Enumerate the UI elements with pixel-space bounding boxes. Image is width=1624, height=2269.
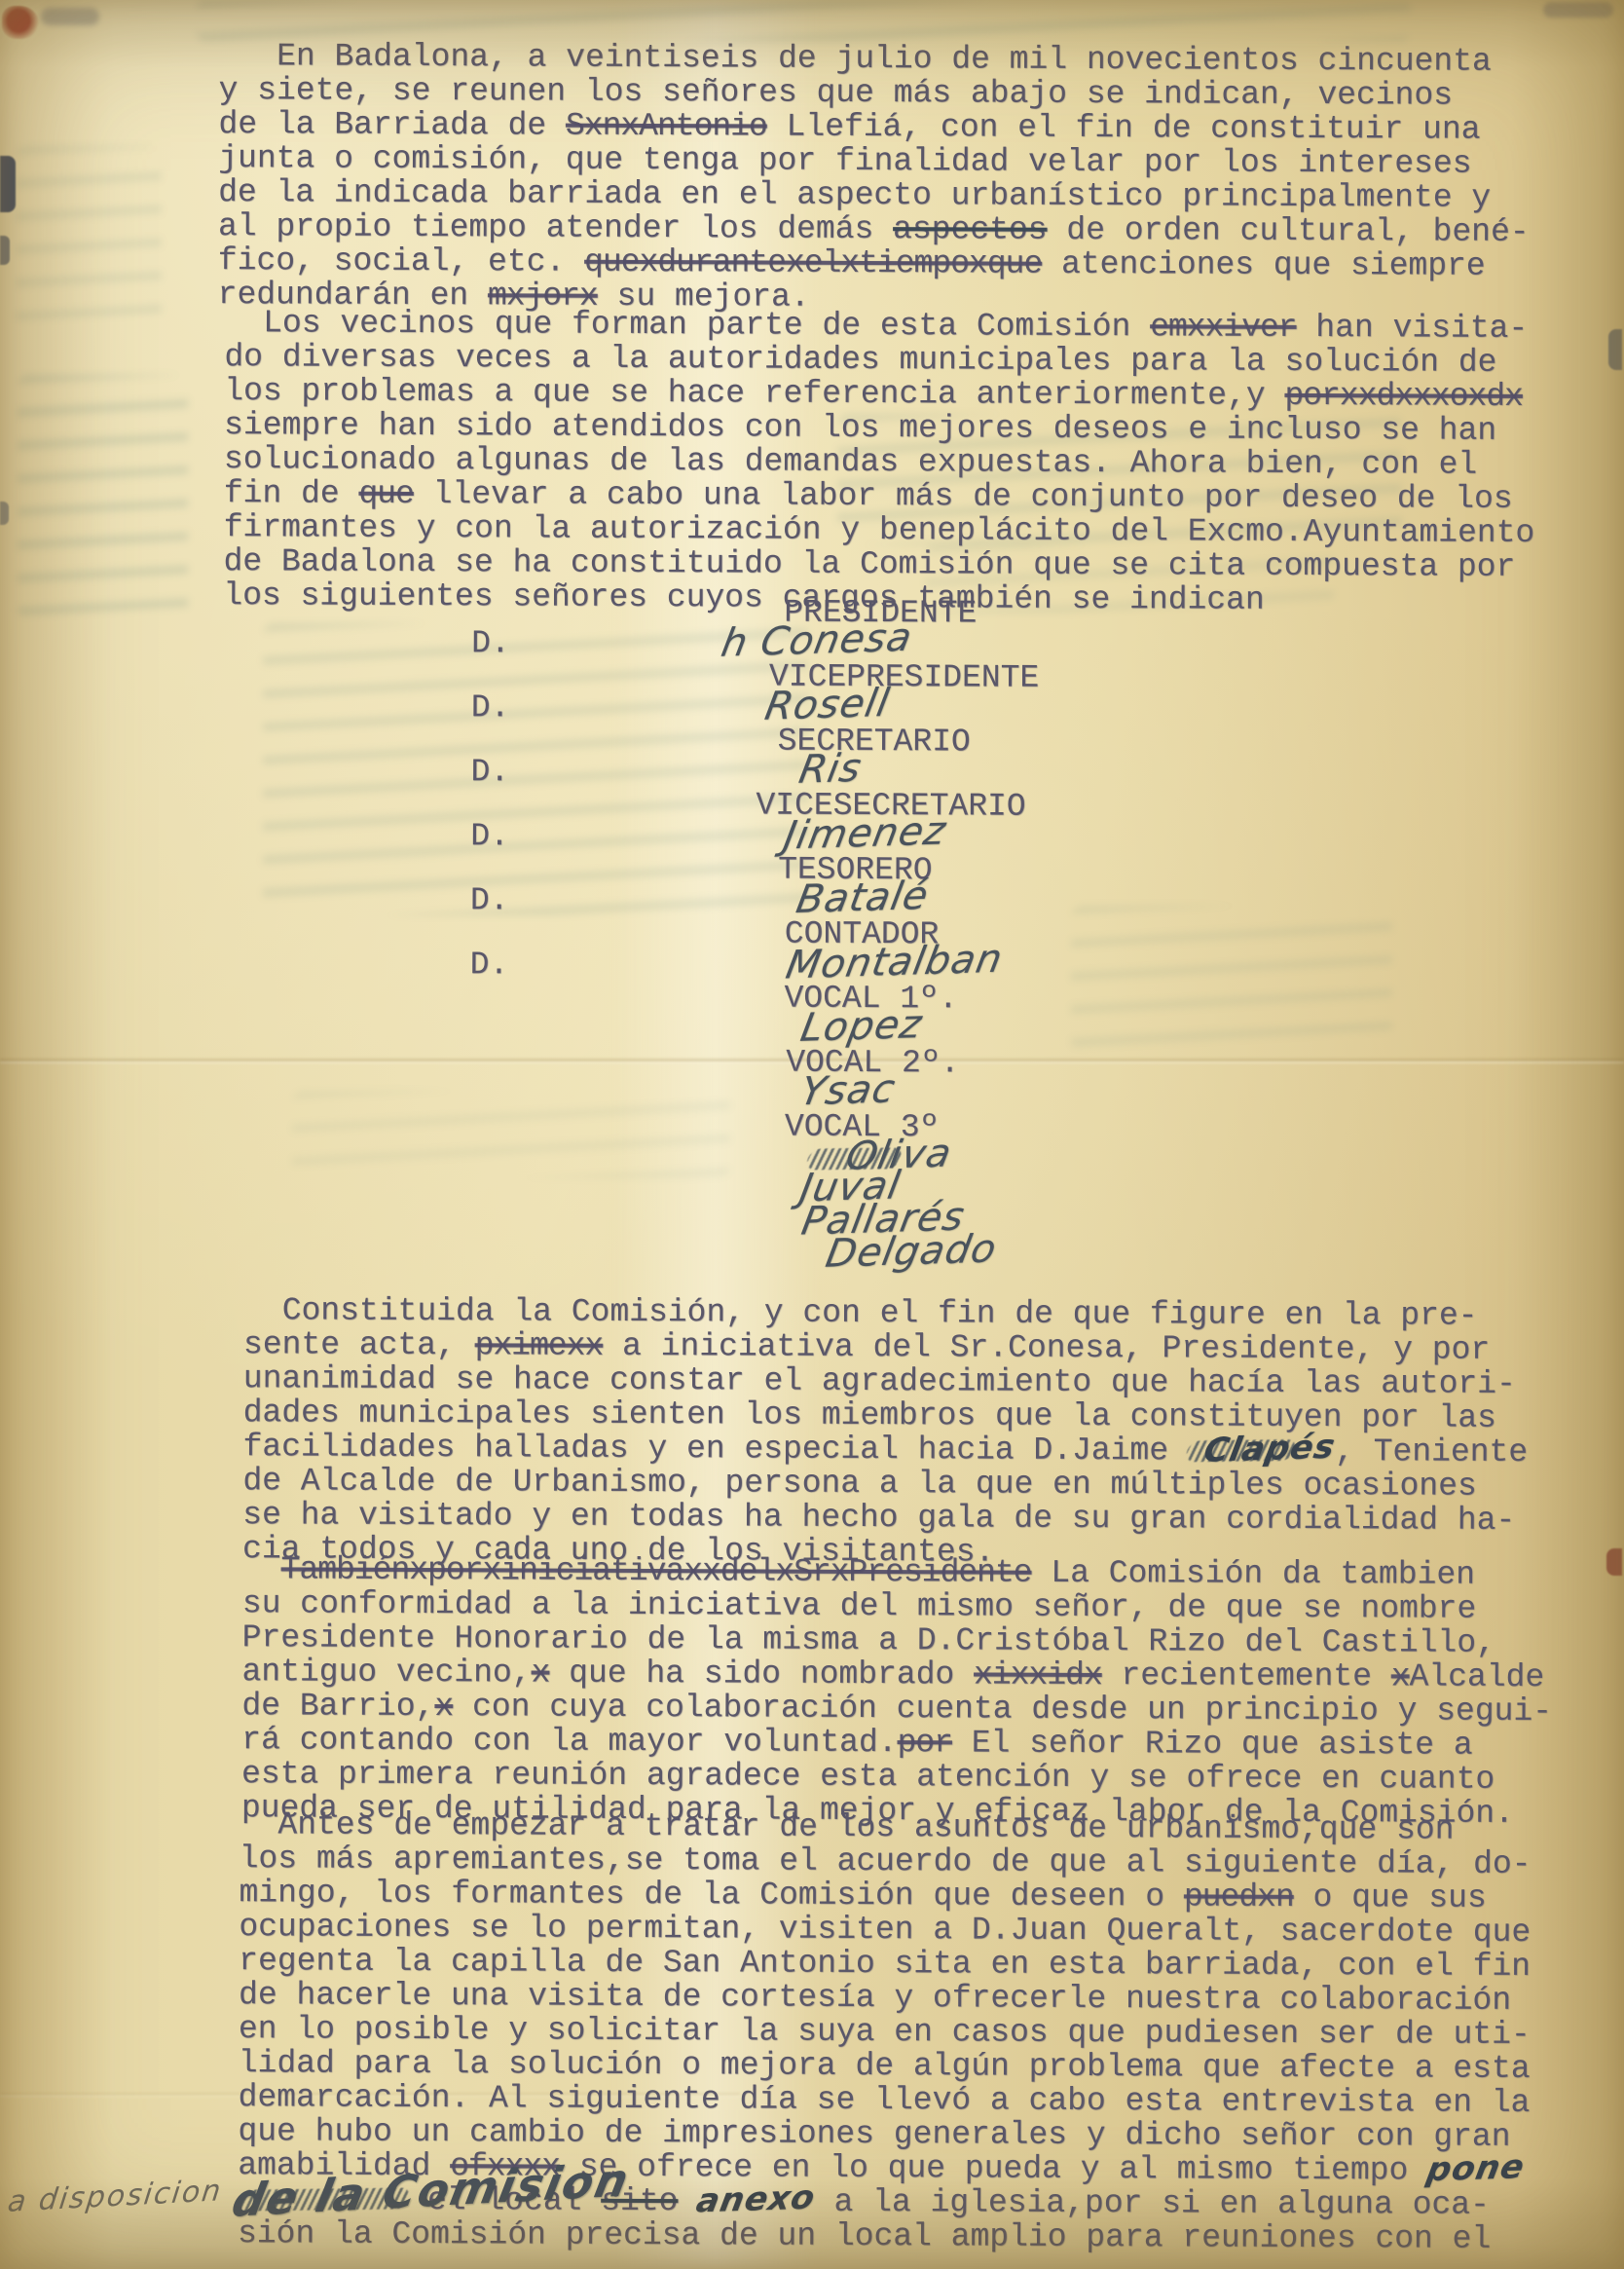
roster-entry: D.Montalban	[470, 949, 1038, 984]
honorific: D.	[470, 882, 509, 918]
typed-struck-text: SxnxAntonio	[566, 108, 767, 145]
paragraph: En Badalona, a veintiseis de julio de mi…	[218, 39, 1531, 317]
typed-struck-text: quexdurantexelxtiempoxque	[584, 244, 1042, 282]
handwritten-name: Rosell	[763, 692, 891, 718]
typed-text: recientemente	[1102, 1657, 1391, 1694]
typed-line: sión la Comisión precisa de un local amp…	[238, 2216, 1530, 2256]
roster-name: Ysac	[801, 1079, 1037, 1112]
paragraph: Constituida la Comisión, y con el fin de…	[242, 1293, 1529, 1572]
typed-text: de Barrio,	[241, 1688, 434, 1725]
roster-entry: D.Jimenez	[470, 820, 1038, 855]
typed-text	[242, 1551, 281, 1587]
typed-text: al propio tiempo atender los demás	[218, 208, 893, 247]
handwritten-name: Jimenez	[782, 820, 947, 846]
officer-roster: PRESIDENTED.h ConesaVICEPRESIDENTED.Rose…	[0, 593, 1040, 1273]
typed-text: rá contando con la mayor voluntad.	[241, 1722, 897, 1761]
handwritten-text: pone	[1425, 2157, 1526, 2179]
margin-annotation-ink: de la Comision	[227, 2153, 634, 2227]
typed-text: fin de	[224, 475, 359, 512]
pen-struck-text: aspectos	[893, 211, 1048, 248]
honorific: D.	[470, 818, 509, 854]
typed-text: a la iglesia,por si en alguna oca-	[815, 2184, 1490, 2223]
typed-struck-text: porxxdxxxoxdx	[1284, 378, 1523, 415]
paragraph: TambiénxporxiniciativaxxdelxSrxPresident…	[241, 1552, 1553, 1831]
typed-text: La Comisión da tambien	[1031, 1555, 1475, 1593]
typed-text: Alcalde	[1409, 1658, 1544, 1695]
typed-struck-text: pximexx	[475, 1327, 604, 1364]
typed-text: de orden cultural, bené-	[1047, 212, 1529, 250]
page-content: En Badalona, a veintiseis de julio de mi…	[0, 0, 1624, 2269]
typed-struck-text: puedxn	[1184, 1878, 1294, 1915]
typed-text: o que sus	[1294, 1879, 1487, 1916]
typed-struck-text: emxxiver	[1150, 309, 1297, 346]
handwritten-name: Delgado	[825, 1239, 999, 1265]
roster-entry: D.h Conesa	[471, 627, 1039, 662]
honorific: D.	[470, 947, 509, 983]
typed-text: sente acta,	[243, 1326, 475, 1363]
handwritten-text: anexo	[695, 2188, 817, 2212]
margin-annotation-pencil: a disposicion	[6, 2174, 225, 2219]
typed-struck-text: x	[531, 1655, 549, 1691]
handwritten-name: h Conesa	[720, 627, 913, 654]
document-page: En Badalona, a veintiseis de julio de mi…	[0, 0, 1624, 2269]
handwritten-name: Batalé	[794, 885, 930, 911]
handwritten-name: Ysac	[799, 1078, 897, 1102]
typed-text: han visita-	[1296, 310, 1528, 347]
typed-text: Llefiá, con el fin de constituir una	[767, 109, 1481, 148]
typed-text: atenciones que siempre	[1042, 246, 1486, 284]
honorific: D.	[471, 689, 510, 725]
typed-text: fico, social, etc.	[218, 242, 584, 280]
typed-struck-text: TambiénxporxiniciativaxxdelxSrxPresident…	[280, 1551, 1031, 1590]
roster-entry: D.Ris	[470, 756, 1038, 791]
typed-text: que ha sido nombrado	[549, 1655, 974, 1693]
typed-struck-text: x	[1391, 1658, 1410, 1694]
typed-text: de la Barriada de	[218, 106, 566, 144]
margin-annotation: a disposicionde la Comision	[8, 2164, 629, 2216]
typed-text: El señor Rizo que asiste a	[952, 1725, 1473, 1763]
roster-name: Lopez	[801, 1015, 1037, 1048]
handwritten-name: Lopez	[799, 1014, 924, 1039]
handwritten-name: Juval	[798, 1174, 902, 1199]
roster-entry: D.Rosell	[471, 691, 1039, 726]
handwritten-name: Montalban	[785, 949, 1004, 977]
honorific: D.	[471, 625, 510, 661]
typed-text: antiguo vecino,	[241, 1654, 531, 1691]
handwritten-name: Ris	[797, 758, 863, 781]
honorific: D.	[470, 754, 509, 790]
typed-text: sión la Comisión precisa de un local amp…	[238, 2215, 1491, 2257]
typed-text: , Teniente	[1335, 1433, 1528, 1470]
roster-entry: D.Batalé	[470, 884, 1038, 919]
handwritten-text: Clapés	[1203, 1437, 1338, 1461]
typed-struck-text: xixxidx	[974, 1656, 1102, 1693]
roster-name: Delgado	[827, 1240, 1036, 1273]
typed-struck-text: por	[897, 1725, 952, 1761]
typed-struck-text: x	[434, 1689, 453, 1725]
paragraph: Los vecinos que forman parte de esta Com…	[223, 306, 1535, 618]
typed-struck-text: que	[358, 476, 414, 512]
